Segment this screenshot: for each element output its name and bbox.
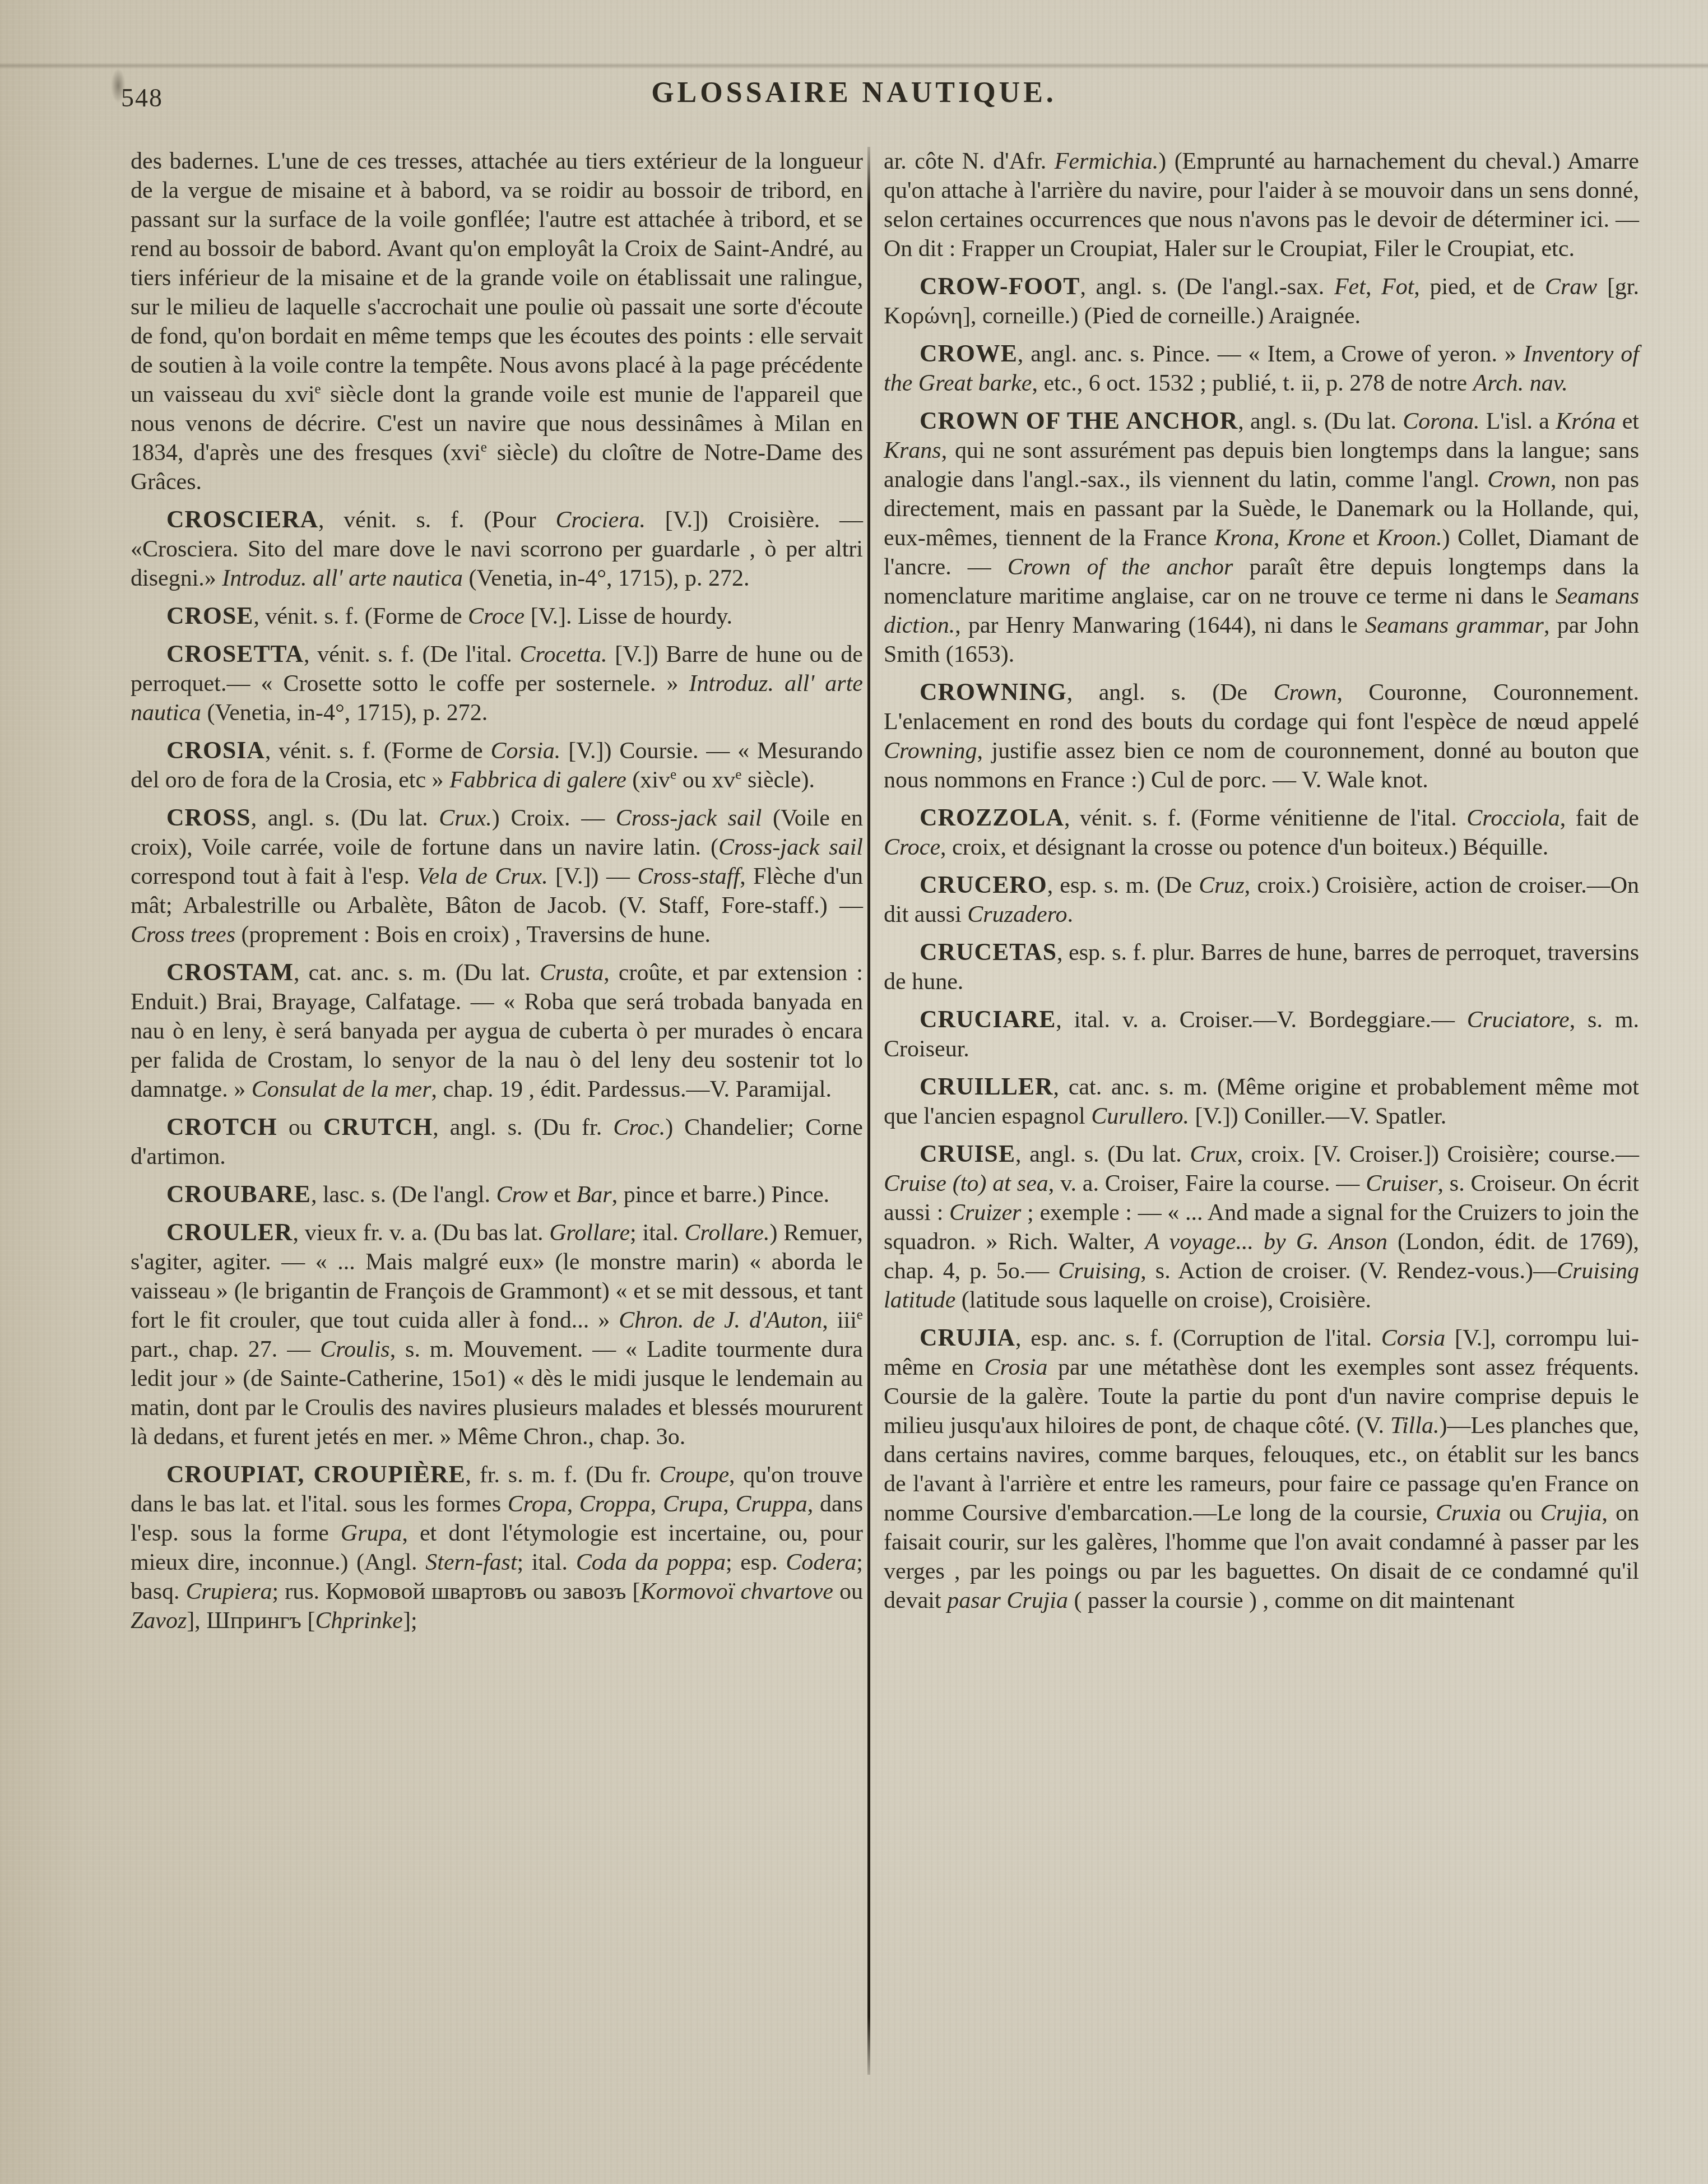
glossary-entry: CRUJIA, esp. anc. s. f. (Corruption de l… <box>884 1323 1639 1615</box>
glossary-entry: CROUPIAT, CROUPIÈRE, fr. s. m. f. (Du fr… <box>131 1460 863 1635</box>
glossary-entry: CRUILLER, cat. anc. s. m. (Même origine … <box>884 1072 1639 1131</box>
column-divider-rule <box>867 147 870 2075</box>
entry-headword: CROWE <box>920 340 1018 367</box>
entry-headword: CRUJIA <box>920 1324 1015 1351</box>
text-block: des badernes. L'une de ces tresses, atta… <box>131 147 1639 2092</box>
entry-headword: CROUBARE <box>166 1181 311 1208</box>
entry-headword: CROULER <box>166 1219 293 1246</box>
glossary-entry: CROSIA, vénit. s. f. (Forme de Corsia. [… <box>131 736 863 795</box>
continuation-paragraph: ar. côte N. d'Afr. Fermichia.) (Emprunté… <box>884 147 1639 263</box>
entry-headword: CROSIA <box>166 737 265 764</box>
entry-headword: CROSTAM <box>166 959 294 986</box>
entry-headword: CRUCIARE <box>920 1006 1056 1033</box>
glossary-entry: CROSS, angl. s. (Du lat. Crux.) Croix. —… <box>131 803 863 949</box>
glossary-entry: CROWE, angl. anc. s. Pince. — « Item, a … <box>884 339 1639 398</box>
glossary-entry: CRUCERO, esp. s. m. (De Cruz, croix.) Cr… <box>884 870 1639 929</box>
scanned-book-page: { "header": { "page_number": "548", "tit… <box>0 0 1708 2184</box>
glossary-entry: CRUCIARE, ital. v. a. Croiser.—V. Bordeg… <box>884 1005 1639 1064</box>
entry-headword: CRUCERO <box>920 871 1047 898</box>
glossary-entry: CROUBARE, lasc. s. (De l'angl. Crow et B… <box>131 1180 863 1209</box>
page-title: GLOSSAIRE NAUTIQUE. <box>0 76 1708 109</box>
entry-headword: CRUISE <box>920 1140 1015 1167</box>
entry-headword: CRUILLER <box>920 1073 1053 1100</box>
glossary-entry: CROSTAM, cat. anc. s. m. (Du lat. Crusta… <box>131 958 863 1104</box>
text-column-left: des badernes. L'une de ces tresses, atta… <box>131 147 863 2092</box>
glossary-entry: CROULER, vieux fr. v. a. (Du bas lat. Gr… <box>131 1218 863 1452</box>
glossary-entry: CROZZOLA, vénit. s. f. (Forme vénitienne… <box>884 803 1639 862</box>
entry-headword: CROUPIAT, CROUPIÈRE <box>166 1461 466 1488</box>
entry-headword: CROSE <box>166 602 253 629</box>
entry-headword: CROSETTA <box>166 641 304 667</box>
scan-artifact-line <box>0 63 1708 69</box>
glossary-entry: CROTCH ou CRUTCH, angl. s. (Du fr. Croc.… <box>131 1112 863 1171</box>
glossary-entry: CROSETTA, vénit. s. f. (De l'ital. Croce… <box>131 639 863 727</box>
entry-headword: CRUCETAS <box>920 939 1057 966</box>
glossary-entry: CRUCETAS, esp. s. f. plur. Barres de hun… <box>884 938 1639 996</box>
glossary-entry: CROW-FOOT, angl. s. (De l'angl.-sax. Fet… <box>884 272 1639 331</box>
entry-headword: CROW-FOOT <box>920 273 1080 300</box>
entry-headword: CROSS <box>166 804 251 831</box>
entry-headword: CROSCIERA <box>166 506 318 533</box>
entry-headword: CROZZOLA <box>920 804 1064 831</box>
entry-headword: CRUTCH <box>323 1114 433 1140</box>
glossary-entry: CROWN OF THE ANCHOR, angl. s. (Du lat. C… <box>884 406 1639 669</box>
glossary-entry: CROSE, vénit. s. f. (Forme de Croce [V.]… <box>131 601 863 631</box>
entry-headword: CROTCH <box>166 1114 277 1140</box>
continuation-paragraph: des badernes. L'une de ces tresses, atta… <box>131 147 863 497</box>
text-column-right: ar. côte N. d'Afr. Fermichia.) (Emprunté… <box>884 147 1639 2092</box>
glossary-entry: CROWNING, angl. s. (De Crown, Couronne, … <box>884 678 1639 795</box>
entry-headword: CROWNING <box>920 679 1067 706</box>
glossary-entry: CRUISE, angl. s. (Du lat. Crux, croix. [… <box>884 1139 1639 1315</box>
entry-headword: CROWN OF THE ANCHOR <box>920 407 1238 434</box>
glossary-entry: CROSCIERA, vénit. s. f. (Pour Crociera. … <box>131 505 863 593</box>
